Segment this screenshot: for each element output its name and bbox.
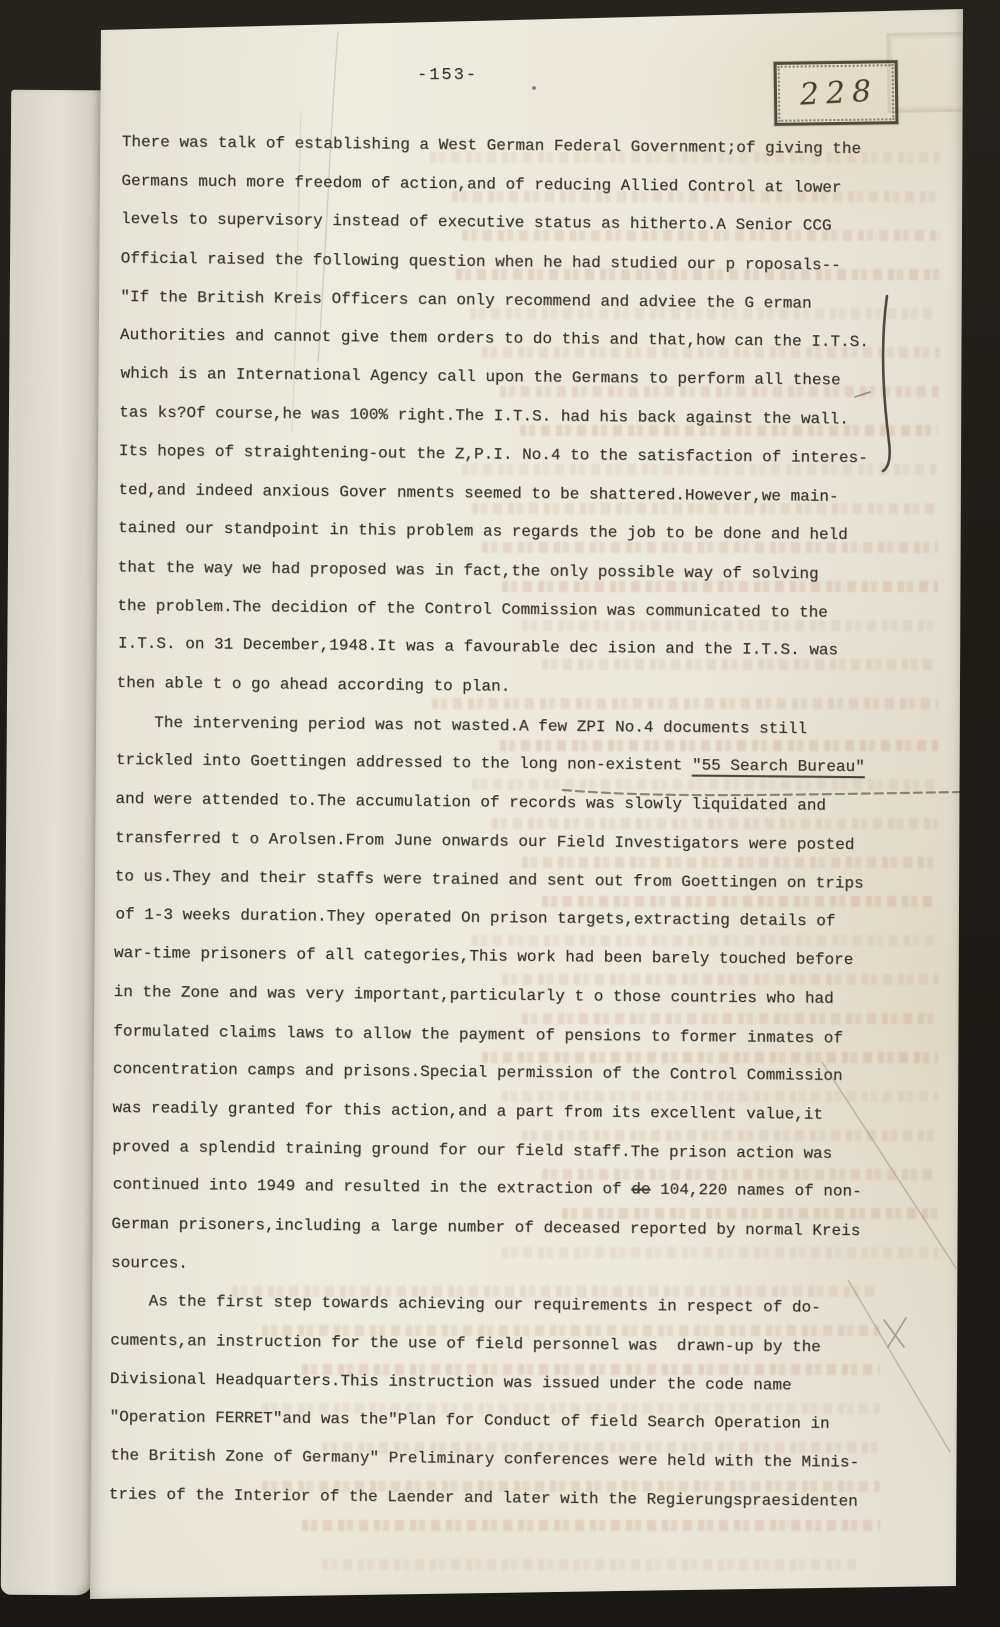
text-segment: cuments,an instruction for the use of fi… bbox=[110, 1331, 821, 1356]
text-segment: of 1-3 weeks duration.They operated On p… bbox=[115, 905, 835, 930]
ink-speck bbox=[532, 86, 536, 90]
text-line: which is an International Agency call up… bbox=[120, 354, 922, 400]
text-segment: war-time prisoners of all categories,Thi… bbox=[114, 944, 853, 969]
text-segment: the British Zone of Germany" Preliminary… bbox=[110, 1446, 859, 1471]
text-segment: I.T.S. on 31 December,1948.It was a favo… bbox=[118, 635, 838, 660]
text-line: cuments,an instruction for the use of fi… bbox=[110, 1321, 912, 1367]
text-segment: German prisoners,including a large numbe… bbox=[111, 1215, 860, 1240]
scanned-document: -153- 228 There was talk of establishing… bbox=[0, 0, 1000, 1627]
text-segment: levels to supervisory instead of executi… bbox=[121, 210, 832, 235]
stamp-number: 228 bbox=[776, 61, 897, 125]
text-segment: "Operation FERRET"and was the"Plan for C… bbox=[109, 1408, 829, 1433]
text-segment: tries of the Interior of the Laender and… bbox=[109, 1486, 858, 1511]
text-segment: continued into 1949 and resulted in the … bbox=[113, 1176, 632, 1199]
underlined-phrase: "55 Search Bureau" bbox=[692, 757, 865, 777]
text-segment: tained our standpoint in this problem as… bbox=[118, 519, 848, 544]
text-segment: Its hopes of straightening-out the Z,P.I… bbox=[119, 442, 868, 467]
archive-stamp-box: 228 bbox=[774, 60, 899, 126]
page-number: -153- bbox=[417, 66, 478, 85]
text-segment: proved a splendid training ground for ou… bbox=[112, 1138, 832, 1163]
text-line: the British Zone of Germany" Preliminary… bbox=[110, 1436, 912, 1482]
text-segment: sources. bbox=[111, 1254, 188, 1273]
text-segment: that the way we had proposed was in fact… bbox=[118, 559, 819, 584]
text-segment: As the first step towards achieving our … bbox=[149, 1293, 821, 1317]
text-segment: The intervening period was not wasted.A … bbox=[154, 714, 807, 738]
text-line: continued into 1949 and resulted in the … bbox=[113, 1166, 915, 1212]
underlying-page-edge bbox=[1, 90, 104, 1596]
ghost-stamp-impression bbox=[886, 31, 1000, 113]
text-segment: the problem.The decidion of the Control … bbox=[117, 597, 828, 622]
text-segment: formulated claims laws to allow the paym… bbox=[113, 1022, 843, 1047]
document-page: -153- 228 There was talk of establishing… bbox=[85, 6, 963, 1606]
text-line: tries of the Interior of the Laender and… bbox=[109, 1476, 911, 1522]
text-line: transferred t o Arolsen.From June onward… bbox=[115, 818, 917, 864]
text-line: of 1-3 weeks duration.They operated On p… bbox=[115, 895, 917, 941]
text-line: levels to supervisory instead of executi… bbox=[121, 200, 923, 246]
bleedthrough-line bbox=[322, 1559, 860, 1570]
bleedthrough-line bbox=[302, 1520, 880, 1531]
text-segment: trickled into Goettingen addressed to th… bbox=[116, 751, 692, 775]
text-segment: concentration camps and prisons.Special … bbox=[113, 1060, 843, 1085]
text-line: German prisoners,including a large numbe… bbox=[111, 1205, 913, 1251]
text-line: formulated claims laws to allow the paym… bbox=[113, 1012, 915, 1058]
text-segment: to us.They and their staffs were trained… bbox=[115, 868, 864, 893]
text-segment: 104,220 names of non- bbox=[650, 1181, 861, 1201]
text-line: tained our standpoint in this problem as… bbox=[118, 509, 920, 555]
text-segment: Divisional Headquarters.This instruction… bbox=[110, 1369, 792, 1394]
text-segment: transferred t o Arolsen.From June onward… bbox=[115, 828, 854, 853]
text-segment: and were attended to.The accumulation of… bbox=[115, 790, 826, 815]
text-segment: then able t o go ahead according to plan… bbox=[117, 674, 511, 696]
text-line: As the first step towards achieving our … bbox=[111, 1282, 913, 1328]
text-line: I.T.S. on 31 December,1948.It was a favo… bbox=[118, 625, 920, 671]
text-segment: Authorities and cannot give them orders … bbox=[120, 326, 869, 351]
text-line: The intervening period was not wasted.A … bbox=[116, 703, 918, 749]
text-segment: in the Zone and was very important,parti… bbox=[114, 983, 834, 1008]
text-line: then able t o go ahead according to plan… bbox=[116, 664, 918, 710]
text-segment: There was talk of establishing a West Ge… bbox=[122, 133, 861, 158]
typewritten-text: There was talk of establishing a West Ge… bbox=[109, 123, 924, 1522]
text-line: tas ks?Of course,he was 100% right.The I… bbox=[119, 394, 921, 440]
text-segment: ted,and indeed anxious Gover nments seem… bbox=[118, 481, 838, 506]
text-segment: Official raised the following question w… bbox=[121, 250, 841, 275]
text-segment: Germans much more freedom of action,and … bbox=[121, 172, 841, 197]
text-line: Official raised the following question w… bbox=[121, 240, 923, 286]
text-line: that the way we had proposed was in fact… bbox=[118, 549, 920, 595]
struck-out-word: de bbox=[631, 1181, 650, 1199]
text-segment: was readily granted for this action,and … bbox=[112, 1099, 823, 1124]
text-line: in the Zone and was very important,parti… bbox=[113, 973, 915, 1019]
text-segment: "If the British Kreis Officers can only … bbox=[120, 288, 811, 313]
text-segment: which is an International Agency call up… bbox=[121, 364, 841, 389]
text-segment: tas ks?Of course,he was 100% right.The I… bbox=[119, 404, 849, 429]
